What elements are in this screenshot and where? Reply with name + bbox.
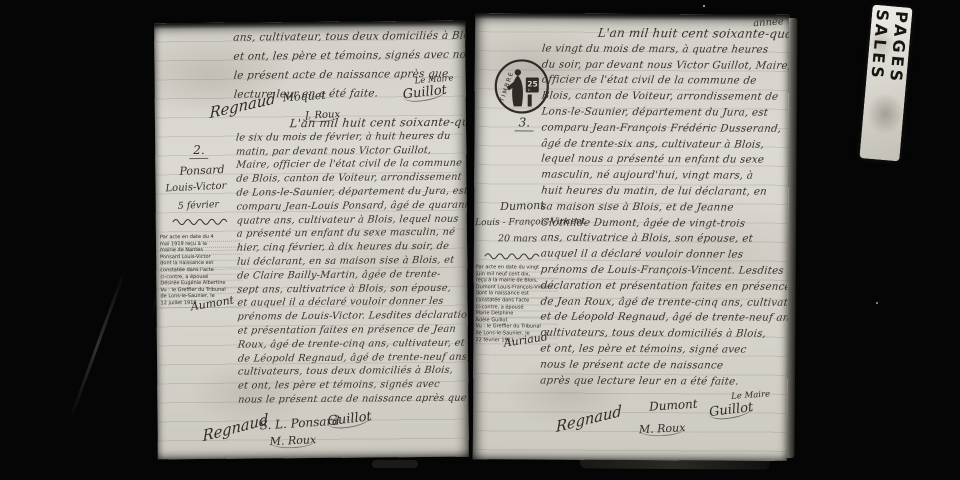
film-scratch bbox=[69, 269, 127, 420]
svg-text:c.: c. bbox=[528, 87, 532, 92]
act3-signature-guillot: Guillot bbox=[708, 400, 754, 421]
act3-body-text: L'an mil huit cent soixante-quatorze,le … bbox=[539, 26, 789, 391]
act2-margin-surname: Ponsard bbox=[179, 163, 225, 178]
act3-margin-surname: Dumont bbox=[500, 199, 545, 213]
pages-sales-label: PAGES SALES bbox=[859, 5, 912, 162]
book-bottom-edge bbox=[372, 460, 418, 468]
act2-margin-firstnames: Louis-Victor bbox=[165, 181, 226, 195]
act2-signature-roux: M. Roux bbox=[269, 433, 316, 449]
register-scan-viewport: ans, cultivateur, tous deux domiciliés à… bbox=[0, 0, 960, 480]
act2-signature-guillot: Guillot bbox=[327, 409, 373, 430]
act3-signature-roux: M. Roux bbox=[639, 421, 686, 437]
act3-margin-date: 20 mars bbox=[498, 233, 537, 244]
act2-number: 2. bbox=[189, 143, 209, 159]
squiggle-underline bbox=[484, 251, 544, 259]
act3-signature-paraph: Regnaud bbox=[556, 401, 622, 436]
act3-signature-dumont: Dumont bbox=[649, 397, 698, 414]
act2-signature-paraph: Regnaud bbox=[203, 410, 269, 445]
right-page: année 74 25 c. TIMBRE 3. Dumont Louis - … bbox=[473, 13, 789, 461]
act2-body-text: L'an mil huit cent soixante-quatorze,le … bbox=[235, 116, 469, 408]
squiggle-underline bbox=[172, 217, 232, 226]
pages-sales-label-text: PAGES SALES bbox=[860, 5, 911, 162]
dust-speck bbox=[876, 302, 878, 304]
act2-margin-date: 5 février bbox=[177, 199, 219, 212]
dust-speck bbox=[703, 5, 705, 7]
act3-number: 3. bbox=[515, 115, 535, 131]
left-page: ans, cultivateur, tous deux domiciliés à… bbox=[154, 21, 469, 460]
act1-signature-moquet: Moquet bbox=[282, 89, 326, 105]
